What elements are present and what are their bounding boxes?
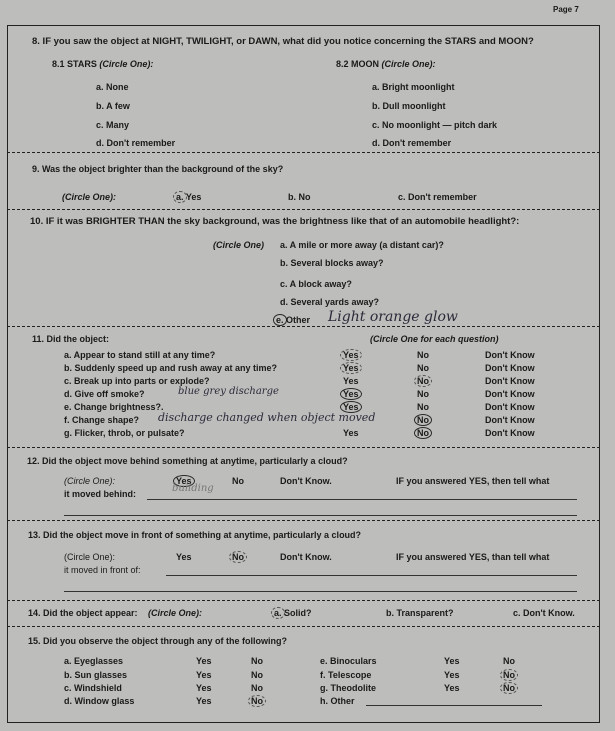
- q15-item-c: c. Windshield: [64, 683, 122, 694]
- answer-line[interactable]: [64, 591, 577, 592]
- divider: [7, 520, 600, 521]
- q15-item-g: g. Theodolite: [320, 683, 376, 694]
- handwritten-other-answer[interactable]: Light orange glow: [328, 309, 458, 325]
- yes-option[interactable]: Yes: [196, 696, 212, 707]
- yes-option[interactable]: Yes: [444, 683, 460, 694]
- q10-option-d[interactable]: d. Several yards away?: [280, 297, 379, 308]
- row-label: b. Suddenly speed up and rush away at an…: [64, 363, 277, 374]
- question-8-text: 8. IF you saw the object at NIGHT, TWILI…: [32, 36, 534, 47]
- yes-option[interactable]: Yes: [176, 552, 192, 563]
- followup-label: it moved behind:: [64, 489, 136, 500]
- no-option[interactable]: No: [232, 476, 244, 487]
- q10-option-a[interactable]: a. A mile or more away (a distant car)?: [280, 240, 444, 251]
- q15-item-a: a. Eyeglasses: [64, 656, 123, 667]
- followup-label: it moved in front of:: [64, 565, 141, 576]
- no-option[interactable]: No: [251, 656, 263, 667]
- q9-option-c[interactable]: c. Don't remember: [398, 192, 477, 203]
- answer-line[interactable]: [64, 515, 577, 516]
- yes-option[interactable]: Yes: [196, 670, 212, 681]
- question-13-text: 13. Did the object move in front of some…: [28, 530, 361, 541]
- no-option[interactable]: No: [251, 696, 263, 707]
- dont-know-option[interactable]: Don't Know: [485, 350, 535, 361]
- no-option[interactable]: No: [417, 376, 429, 387]
- dont-know-option[interactable]: Don't Know: [485, 428, 535, 439]
- option-text: Solid?: [284, 608, 312, 618]
- stars-heading: 8.1 STARS (Circle One):: [52, 59, 153, 70]
- no-option[interactable]: No: [417, 415, 429, 426]
- row-label: e. Change brightness?.: [64, 402, 164, 413]
- q15-item-b: b. Sun glasses: [64, 670, 127, 681]
- handwritten-note[interactable]: blue grey discharge: [178, 386, 279, 397]
- no-option[interactable]: No: [251, 683, 263, 694]
- yes-option[interactable]: Yes: [343, 428, 359, 439]
- yes-option[interactable]: Yes: [196, 683, 212, 694]
- divider: [7, 447, 600, 448]
- no-option[interactable]: No: [232, 552, 244, 563]
- page-number: Page 7: [553, 5, 579, 14]
- question-text: 14. Did the object appear:: [28, 608, 138, 618]
- divider: [7, 626, 600, 627]
- circle-one-label: (Circle One):: [382, 59, 436, 69]
- answer-line[interactable]: [166, 575, 577, 576]
- q15-item-h: h. Other: [320, 696, 355, 707]
- handwritten-note[interactable]: discharge changed when object moved: [158, 411, 375, 424]
- circle-one-label: (Circle One):: [99, 59, 153, 69]
- dont-know-option[interactable]: Don't Know: [485, 402, 535, 413]
- question-12-text: 12. Did the object move behind something…: [27, 456, 348, 467]
- divider: [7, 209, 600, 210]
- moon-option-a[interactable]: a. Bright moonlight: [372, 82, 455, 93]
- stars-option-c[interactable]: c. Many: [96, 120, 129, 131]
- dont-know-option[interactable]: Don't Know: [485, 415, 535, 426]
- selected-circle: No: [414, 427, 432, 439]
- divider: [7, 152, 600, 153]
- selected-circle: No: [414, 414, 432, 426]
- selected-circle: No: [500, 669, 518, 681]
- no-option[interactable]: No: [417, 389, 429, 400]
- moon-label: 8.2 MOON: [336, 59, 379, 69]
- selected-circle: No: [248, 695, 266, 707]
- yes-option[interactable]: Yes: [343, 376, 359, 387]
- dont-know-option[interactable]: Don't Know.: [280, 476, 332, 487]
- no-option[interactable]: No: [417, 363, 429, 374]
- yes-option[interactable]: Yes: [444, 656, 460, 667]
- followup-text: IF you answered YES, than tell what: [396, 552, 549, 563]
- stars-option-a[interactable]: a. None: [96, 82, 129, 93]
- q9-option-a[interactable]: a. Yes: [176, 192, 201, 203]
- no-option[interactable]: No: [417, 402, 429, 413]
- selected-circle: Yes: [340, 388, 362, 400]
- q14-option-c[interactable]: c. Don't Know.: [513, 608, 575, 619]
- stars-option-d[interactable]: d. Don't remember: [96, 138, 175, 149]
- q10-option-c[interactable]: c. A block away?: [280, 279, 352, 290]
- stars-option-b[interactable]: b. A few: [96, 101, 130, 112]
- circle-one-label: (Circle One): [213, 240, 264, 251]
- followup-text: IF you answered YES, then tell what: [396, 476, 549, 487]
- no-option[interactable]: No: [251, 670, 263, 681]
- selected-circle: No: [500, 682, 518, 694]
- no-option[interactable]: No: [417, 428, 429, 439]
- question-15-text: 15. Did you observe the object through a…: [28, 636, 287, 647]
- question-10-text: 10. IF it was BRIGHTER THAN the sky back…: [30, 216, 519, 227]
- circle-one-label: (Circle One):: [64, 476, 115, 487]
- q10-option-e[interactable]: e. Other: [276, 315, 310, 326]
- q9-option-b[interactable]: b. No: [288, 192, 311, 203]
- question-9-text: 9. Was the object brighter than the back…: [32, 164, 283, 175]
- row-label: f. Change shape?: [64, 415, 139, 426]
- dont-know-option[interactable]: Don't Know: [485, 376, 535, 387]
- moon-heading: 8.2 MOON (Circle One):: [336, 59, 436, 70]
- yes-option[interactable]: Yes: [444, 670, 460, 681]
- divider: [7, 326, 600, 327]
- option-text: Other: [286, 315, 310, 325]
- stars-label: 8.1 STARS: [52, 59, 97, 69]
- no-option[interactable]: No: [417, 350, 429, 361]
- row-label: d. Give off smoke?: [64, 389, 145, 400]
- q14-option-b[interactable]: b. Transparent?: [386, 608, 454, 619]
- circle-one-label: (Circle One):: [62, 192, 116, 203]
- moon-option-c[interactable]: c. No moonlight — pitch dark: [372, 120, 497, 131]
- q15-item-f: f. Telescope: [320, 670, 371, 681]
- no-option[interactable]: No: [503, 670, 515, 681]
- no-option[interactable]: No: [503, 656, 515, 667]
- divider: [7, 600, 600, 601]
- moon-option-d[interactable]: d. Don't remember: [372, 138, 451, 149]
- circle-one-label: (Circle One):: [148, 608, 202, 618]
- row-label: a. Appear to stand still at any time?: [64, 350, 215, 361]
- circle-one-each-label: (Circle One for each question): [370, 334, 499, 345]
- dont-know-option[interactable]: Don't Know.: [280, 552, 332, 563]
- handwritten-answer[interactable]: building: [172, 483, 214, 494]
- q14-option-a[interactable]: a. Solid?: [274, 608, 312, 619]
- dont-know-option[interactable]: Don't Know: [485, 389, 535, 400]
- q15-item-e: e. Binoculars: [320, 656, 377, 667]
- moon-option-b[interactable]: b. Dull moonlight: [372, 101, 446, 112]
- yes-option[interactable]: Yes: [343, 363, 359, 374]
- selected-circle: a.: [173, 191, 187, 203]
- q15-item-d: d. Window glass: [64, 696, 134, 707]
- selected-circle: No: [229, 551, 247, 563]
- other-answer-line[interactable]: [366, 705, 542, 706]
- yes-option[interactable]: Yes: [343, 389, 359, 400]
- selected-circle: Yes: [340, 349, 362, 361]
- dont-know-option[interactable]: Don't Know: [485, 363, 535, 374]
- selected-circle: e.: [273, 314, 287, 326]
- circle-one-label: (Circle One):: [64, 552, 115, 563]
- selected-circle: a.: [271, 607, 285, 619]
- yes-option[interactable]: Yes: [343, 350, 359, 361]
- selected-circle: Yes: [340, 362, 362, 374]
- q10-option-b[interactable]: b. Several blocks away?: [280, 258, 384, 269]
- no-option[interactable]: No: [503, 683, 515, 694]
- selected-circle: No: [414, 375, 432, 387]
- question-11-text: 11. Did the object:: [32, 334, 109, 345]
- answer-line[interactable]: [147, 499, 577, 500]
- question-14-text: 14. Did the object appear: (Circle One):: [28, 608, 202, 619]
- option-text: Yes: [186, 192, 202, 202]
- yes-option[interactable]: Yes: [196, 656, 212, 667]
- row-label: g. Flicker, throb, or pulsate?: [64, 428, 185, 439]
